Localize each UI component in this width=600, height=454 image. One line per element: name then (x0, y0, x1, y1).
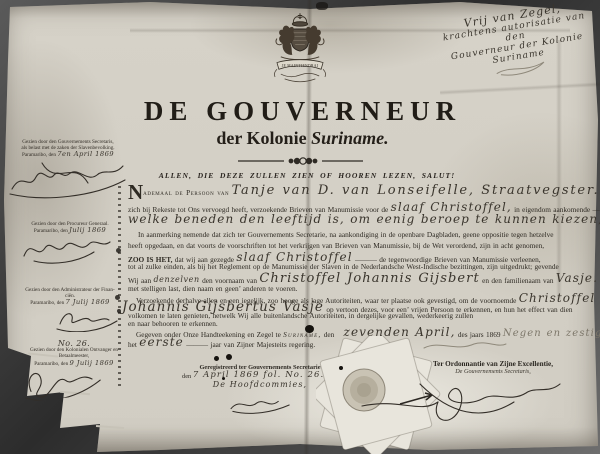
body-line-5: heeft opgedaan, en dat voorts de voorsch… (128, 241, 544, 250)
ink-blot (117, 309, 121, 313)
ink-blot (222, 377, 225, 380)
handwritten-year: Negen en zestig. (503, 328, 600, 339)
printed-text: en den familienaam van (482, 276, 553, 285)
handwritten-name: Tanje van D. van Lonseifelle, Straatvegs… (232, 183, 600, 198)
body-text-block: Nademaal de Persoon van Tanje van D. van… (128, 184, 596, 349)
ink-blot (305, 325, 314, 333)
body-line-4: In aanmerking nemende dat zich ter Gouve… (128, 230, 554, 239)
handwritten-name: Vasje. ——— (556, 271, 600, 285)
body-line-15: het eerste ——— jaar van Zijner Majesteit… (128, 336, 315, 350)
body-line-1: Nademaal de Persoon van Tanje van D. van… (128, 184, 600, 199)
ink-blot (339, 366, 343, 370)
stain-spot (316, 2, 328, 10)
document-subtitle: der Kolonie Suriname. (130, 128, 475, 149)
ink-blot (116, 248, 121, 253)
signature-gov-secretary (8, 153, 128, 199)
arms-motto: JE MAINTIENDRAI (282, 64, 319, 68)
signature-chief-clerk (225, 395, 297, 415)
subtitle-colony-name: Suriname. (311, 128, 389, 148)
ink-blot (226, 354, 232, 360)
ink-blot (115, 295, 120, 300)
ink-blot (214, 356, 219, 361)
printed-text: ademaal de Persoon van (143, 188, 229, 197)
document-number: No. 26. (16, 341, 132, 347)
handwritten-text: welke beneden den leeftijd is, om eenig … (128, 212, 600, 226)
body-line-7: tot al zulke einden, als bij het Regleme… (128, 262, 559, 271)
handwritten-text: eerste (139, 335, 184, 349)
signature-governor-secretary (358, 372, 568, 432)
subtitle-prefix: der Kolonie (216, 128, 311, 148)
divider-ornament-icon (238, 156, 363, 166)
signature-attorney-general (20, 232, 115, 266)
margin-block-finance-administrator: Gezien door den Administrateur der Finan… (12, 287, 128, 307)
handwritten-date: 7 April 1869 fol. No. 26. (193, 370, 324, 380)
photo-of-document: Vrij van Zegel, krachtens autorisatie va… (0, 0, 600, 454)
ordinance-line: Ter Ordonnantie van Zijne Excellentie, (398, 360, 588, 368)
handwritten-text: denzelven (153, 275, 199, 284)
document-title: DE GOUVERNEUR (130, 96, 475, 127)
salutation-line: ALLEN, DIE DEZE ZULLEN ZIEN OF HOOREN LE… (122, 171, 492, 180)
body-line-3: welke beneden den leeftijd is, om eenig … (128, 213, 600, 227)
signature-finance-administrator (55, 306, 121, 332)
pencil-note (420, 338, 510, 354)
coat-of-arms-icon: JE MAINTIENDRAI (252, 10, 348, 94)
printed-text: ——— jaar van Zijner Majesteits regering. (186, 340, 315, 349)
